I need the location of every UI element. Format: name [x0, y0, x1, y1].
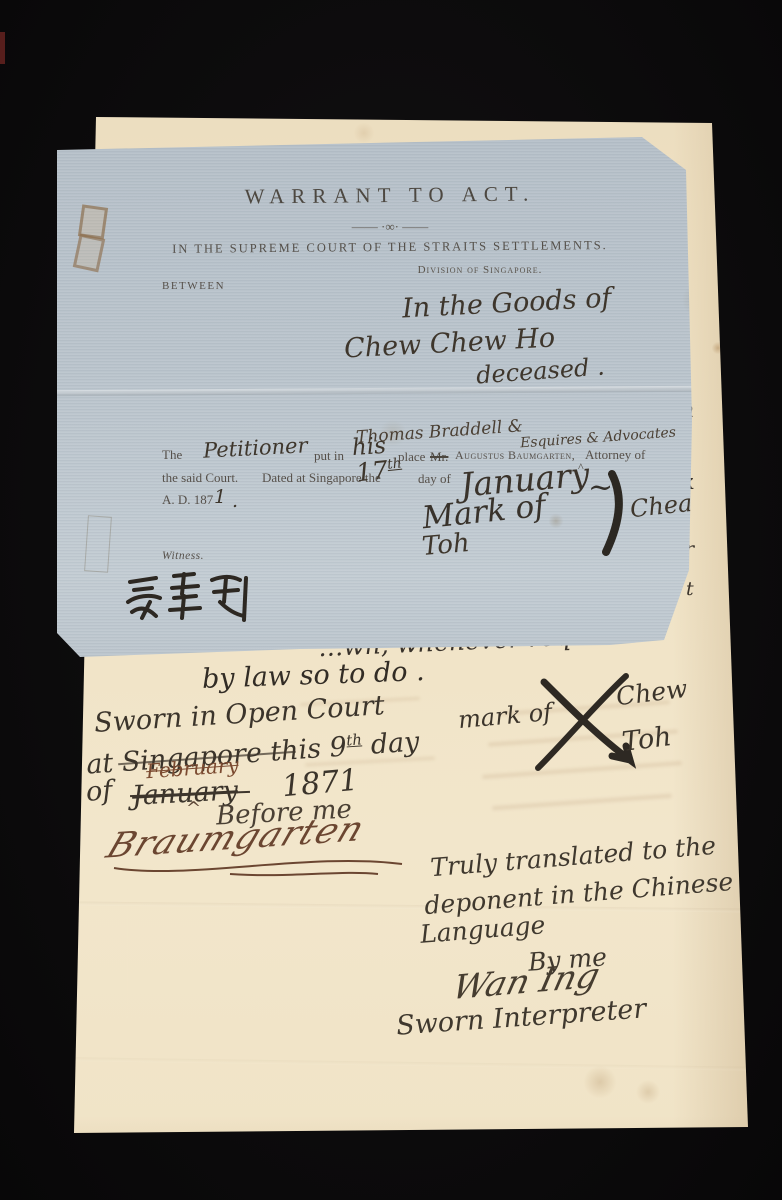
document-title: WARRANT TO ACT.	[160, 181, 620, 211]
photo-backdrop: …wn, whenever required by law so to do .…	[0, 0, 782, 1200]
handwritten-by-law-line: by law so to do .	[202, 656, 426, 695]
printed-said-court: the said Court.	[162, 470, 238, 486]
ornament-divider: —— ·∞· ——	[160, 219, 620, 235]
court-line: IN THE SUPREME COURT OF THE STRAITS SETT…	[120, 238, 660, 258]
witness-chinese-signature	[122, 568, 257, 624]
printed-put-in: put in	[314, 448, 344, 464]
ink-bleedthrough	[492, 794, 672, 811]
seal-remnant	[73, 234, 106, 273]
handwritten-of: of	[85, 775, 113, 808]
printed-attorney-of: Attorney of	[585, 447, 645, 463]
marker-name-bottom: Toh	[421, 528, 471, 562]
mark-of-text: Mark of	[420, 488, 547, 537]
photo-edge-artifact	[0, 32, 5, 64]
handwritten-dot: .	[232, 490, 238, 512]
handwritten-day: 17th	[355, 454, 404, 488]
printed-day-of: day of	[418, 471, 451, 487]
goods-line-1: In the Goods of	[401, 283, 612, 325]
handwritten-year-digit: 1	[214, 486, 226, 508]
day-suffix: th	[346, 730, 363, 749]
signature-flourish	[110, 850, 410, 880]
division-line: Division of Singapore.	[380, 264, 580, 276]
paper-fold-crease	[55, 386, 695, 396]
insert-caret: ^	[186, 798, 201, 819]
marker-name-top: Chea	[629, 489, 694, 523]
witness-label: Witness.	[162, 550, 204, 562]
paper-crease	[70, 1057, 760, 1071]
day-number: 17	[355, 455, 390, 487]
between-label: BETWEEN	[162, 280, 225, 292]
printed-the: The	[162, 447, 182, 463]
struck-mr: Mr.	[430, 449, 448, 465]
day-word: day	[370, 726, 421, 760]
faint-impression	[84, 515, 112, 573]
day-number: 9	[328, 731, 347, 763]
edge-fragment: t	[686, 578, 694, 600]
paper-crease	[70, 901, 760, 912]
printed-place: place	[398, 449, 425, 465]
day-suffix: th	[386, 455, 402, 472]
printed-year: A. D. 187	[162, 492, 213, 508]
marker-name-bottom: Toh	[620, 721, 673, 758]
goods-line-3: deceased .	[475, 353, 605, 390]
handwritten-petitioner: Petitioner	[202, 433, 308, 462]
brush-mark	[582, 468, 630, 560]
insert-thomas-braddell: Thomas Braddell &	[356, 416, 524, 448]
